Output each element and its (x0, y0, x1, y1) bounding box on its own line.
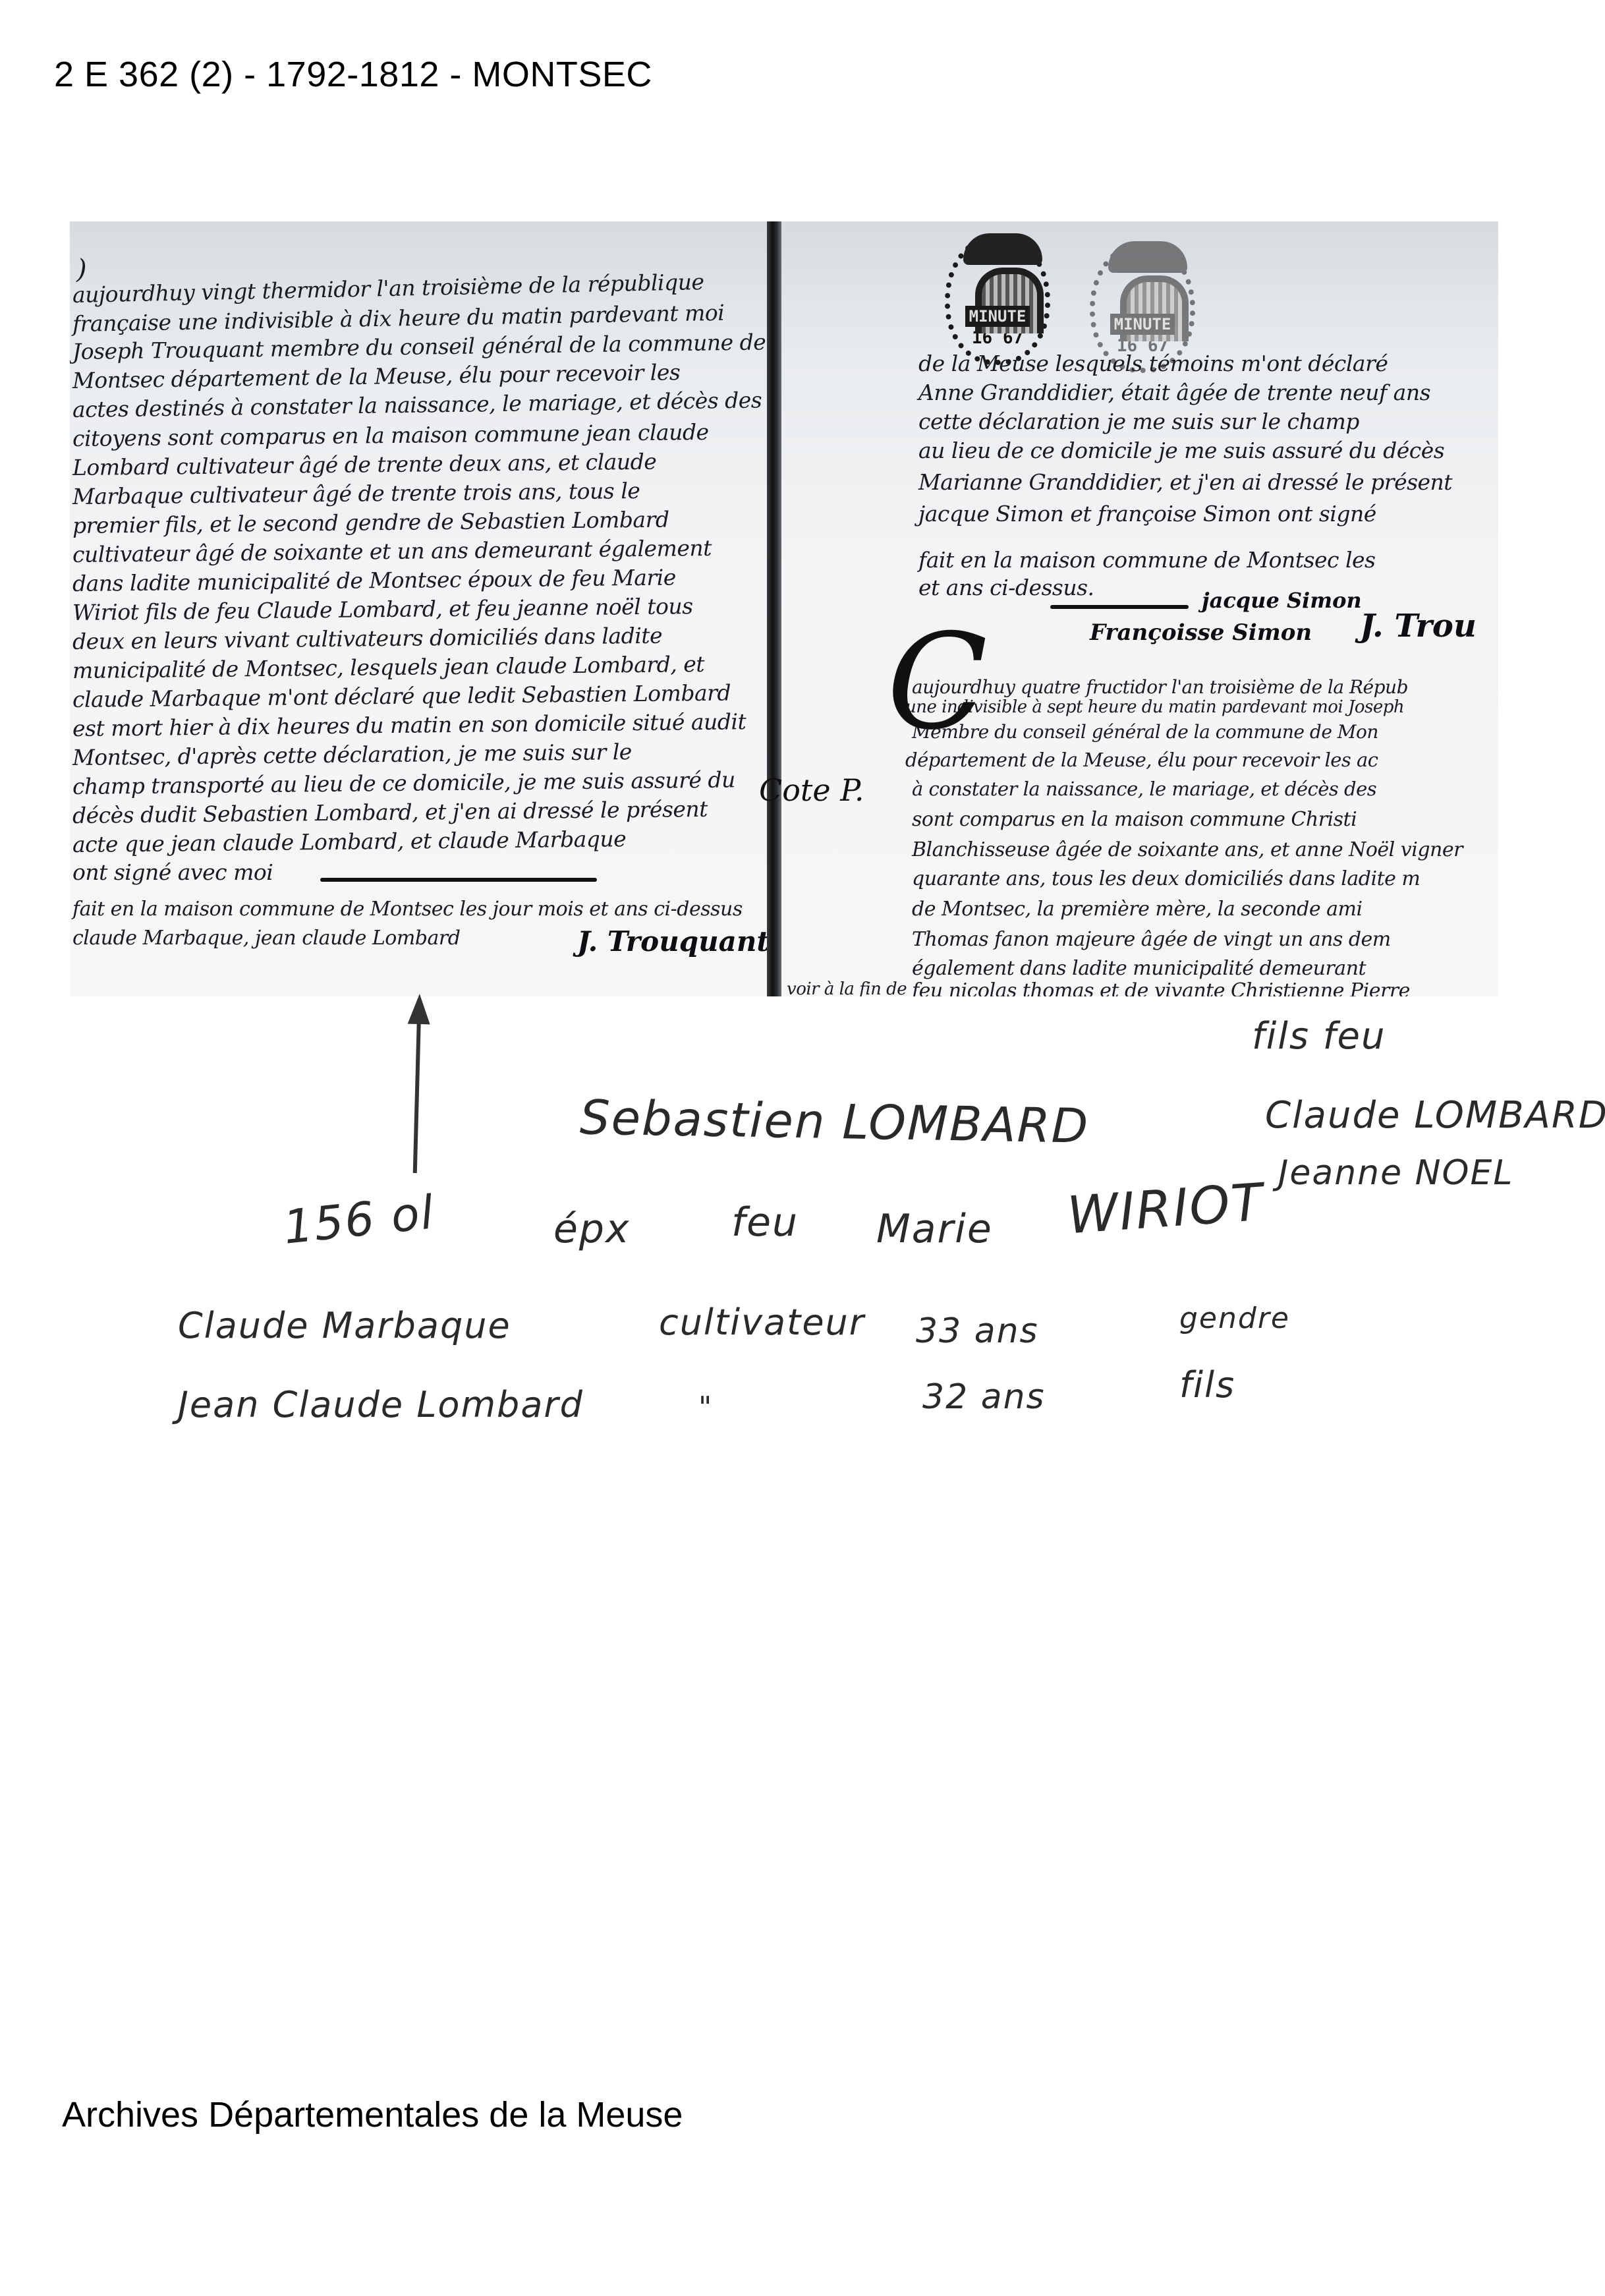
witness-occupation: cultivateur (659, 1302, 865, 1343)
see-end-note: voir à la fin de (787, 979, 907, 996)
left-line: acte que jean claude Lombard, et claude … (72, 826, 627, 857)
annotation-mother: Jeanne NOEL (1278, 1153, 1513, 1193)
right-line: cette déclaration je me suis sur le cham… (918, 409, 1359, 434)
right-line: fait en la maison commune de Montsec les (918, 547, 1375, 573)
up-arrow-icon (413, 1008, 422, 1173)
right-line: feu nicolas thomas et de vivante Christi… (912, 979, 1410, 996)
right-line: et ans ci-dessus. (918, 575, 1094, 600)
right-line: également dans ladite municipalité demeu… (912, 957, 1366, 980)
right-line: Thomas fanon majeure âgée de vingt un an… (912, 928, 1391, 951)
witness-age: 32 ans (922, 1377, 1046, 1417)
witness-name: Jean Claude Lombard (178, 1384, 584, 1425)
stamp-crown-icon (963, 233, 1042, 265)
annotation-parents-label: fils feu (1252, 1015, 1386, 1058)
left-line: Montsec, d'après cette déclaration, je m… (72, 739, 632, 770)
francoise-simon-signature: Françoisse Simon (1090, 619, 1312, 646)
decorative-initial: C (887, 617, 988, 749)
witness-age: 33 ans (916, 1311, 1039, 1351)
right-line: au lieu de ce domicile je me suis assuré… (918, 438, 1444, 463)
left-line: Marbaque cultivateur âgé de trente trois… (72, 478, 640, 509)
witness-relation: fils (1179, 1364, 1235, 1406)
right-line: Marianne Granddidier, et j'en ai dressé … (918, 469, 1452, 495)
register-scan: ) aujourdhuy vingt thermidor l'an troisi… (70, 221, 1498, 996)
annotation-spouse-surname: WIRIOT (1065, 1173, 1266, 1246)
left-line: claude Marbaque m'ont déclaré que ledit … (72, 680, 731, 712)
trouquant-signature: J. Trouquant (577, 925, 770, 958)
right-line: de Montsec, la première mère, la seconde… (912, 898, 1363, 921)
left-line: champ transporté au lieu de ce domicile,… (72, 766, 735, 799)
right-line: à constater la naissance, le mariage, et… (912, 778, 1376, 800)
right-line: Anne Granddidier, était âgée de trente n… (918, 380, 1430, 405)
left-line: fait en la maison commune de Montsec les… (72, 898, 743, 921)
archive-institution-footer: Archives Départementales de la Meuse (62, 2094, 683, 2135)
jacque-simon-signature: jacque Simon (1202, 588, 1362, 613)
left-line: claude Marbaque, jean claude Lombard (72, 927, 460, 950)
annotation-age: 156 ol (281, 1185, 437, 1255)
left-line: municipalité de Montsec, lesquels jean c… (72, 651, 704, 683)
left-line: Wiriot fils de feu Claude Lombard, et fe… (72, 593, 693, 625)
left-line: premier fils, et le second gendre de Seb… (72, 507, 669, 538)
signature-flourish (1050, 605, 1189, 609)
left-line: dans ladite municipalité de Montsec épou… (72, 564, 676, 596)
left-line: ont signé avec moi (72, 859, 273, 885)
left-line: décès dudit Sebastien Lombard, et j'en a… (72, 796, 708, 828)
witness-name: Claude Marbaque (178, 1305, 511, 1346)
left-line: deux en leurs vivant cultivateurs domici… (72, 623, 662, 654)
witness-occupation-ditto: " (698, 1391, 713, 1424)
left-line: actes destinés à constater la naissance,… (72, 387, 762, 422)
left-page-bracket: ) (76, 254, 86, 285)
witness-relation: gendre (1179, 1302, 1290, 1335)
register-left-page: ) aujourdhuy vingt thermidor l'an troisi… (70, 221, 768, 996)
annotation-spouse-label: épx (553, 1206, 631, 1252)
left-line: Montsec département de la Meuse, élu pou… (72, 359, 681, 393)
right-line: jacque Simon et françoise Simon ont sign… (918, 501, 1376, 527)
document-reference-title: 2 E 362 (2) - 1792-1812 - MONTSEC (54, 54, 652, 95)
cote-margin-note: Cote P. (759, 772, 864, 808)
left-line-flourish (320, 878, 597, 882)
annotation-late-label: feu (731, 1199, 799, 1246)
minute-stamp: MINUTE 16 67 (945, 233, 1050, 365)
book-gutter (767, 221, 781, 996)
right-line: Blanchisseuse âgée de soixante ans, et a… (912, 838, 1463, 861)
annotation-spouse-first-name: Marie (876, 1206, 993, 1252)
right-line: sont comparus en la maison commune Chris… (912, 808, 1357, 831)
right-line: quarante ans, tous les deux domiciliés d… (912, 867, 1420, 890)
annotation-father: Claude LOMBARD (1265, 1094, 1605, 1137)
stamp-band: MINUTE (1110, 314, 1175, 335)
left-line: citoyens sont comparus en la maison comm… (72, 419, 709, 451)
stamp-band: MINUTE (965, 306, 1030, 327)
stamp-crown-icon (1108, 241, 1187, 273)
annotation-deceased-name: Sebastien LOMBARD (579, 1089, 1090, 1153)
left-line: est mort hier à dix heures du matin en s… (72, 708, 746, 741)
right-line: de la Meuse lesquels témoins m'ont décla… (918, 351, 1388, 376)
left-line: cultivateur âgé de soixante et un ans de… (72, 535, 712, 567)
left-line: Lombard cultivateur âgé de trente deux a… (72, 449, 657, 480)
trouquant-signature-right: J. Trou (1360, 608, 1477, 645)
